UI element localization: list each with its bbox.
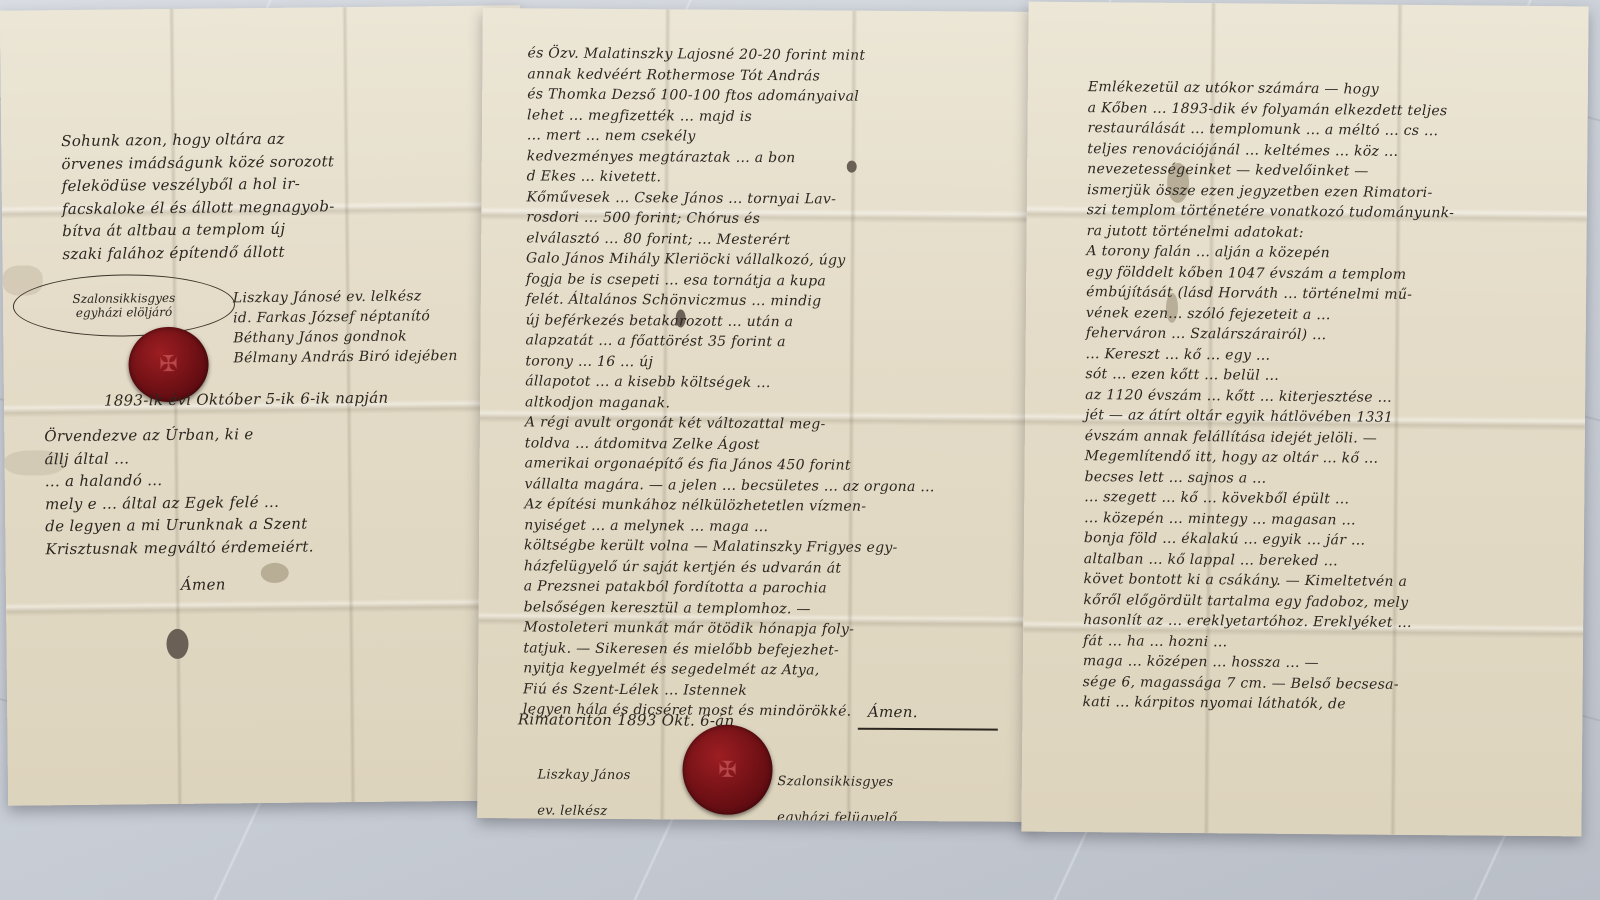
official-stamp-signature: Szalonsikkisgyes egyházi elöljáró <box>13 273 236 337</box>
document-sheet-middle: és Özv. Malatinszky Lajosné 20-20 forint… <box>477 8 1043 822</box>
document-sheet-left: Sohunk azon, hogy oltára az örvenes imád… <box>0 5 528 805</box>
stamp-line: egyházi elöljáró <box>76 305 172 320</box>
closing-amen: Ámen. <box>868 701 988 724</box>
signature-name: Szalonsikkisgyes <box>777 773 997 793</box>
document-sheet-right: Emlékezetül az utókor számára — hogy a K… <box>1021 2 1588 837</box>
seal-emblem-icon: ✠ <box>159 352 178 377</box>
handwritten-body-text: Emlékezetül az utókor számára — hogy a K… <box>1082 77 1568 717</box>
signature-supervisor: Szalonsikkisgyes egyházi felügyelő <box>777 755 998 822</box>
signature-name: Liszkay János <box>537 766 697 785</box>
paper-hole <box>261 563 289 583</box>
signatories-list: Liszkay Jánosé ev. lelkész id. Farkas Jó… <box>233 285 514 368</box>
closing-amen: Ámen <box>181 573 226 596</box>
wax-seal: ✠ <box>682 724 773 815</box>
seal-emblem-icon: ✠ <box>718 757 737 782</box>
stamp-line: Szalonsikkisgyes <box>72 291 175 306</box>
handwritten-body-text: és Özv. Malatinszky Lajosné 20-20 forint… <box>523 43 1028 723</box>
signature-pastor: Liszkay János ev. lelkész <box>537 748 698 821</box>
signature-title: egyházi felügyelő <box>777 809 997 822</box>
paper-hole <box>166 629 188 659</box>
date-line: Rimatoritón 1893 Okt. 6-án <box>518 708 818 733</box>
signature-underline <box>858 728 998 730</box>
handwritten-body-text: Sohunk azon, hogy oltára az örvenes imád… <box>61 126 502 266</box>
date-line: 1893-ik évi Október 5-ik 6-ik napján <box>104 385 504 412</box>
handwritten-body-text-continued: Örvendezve az Úrban, ki e állj által ...… <box>44 421 495 561</box>
